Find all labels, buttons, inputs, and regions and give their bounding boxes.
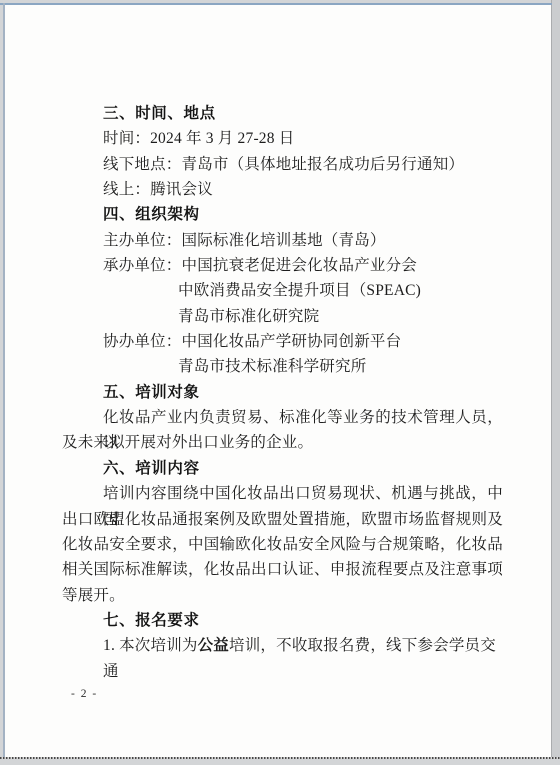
section-heading-audience: 五、培训对象 (62, 380, 503, 405)
audience-paragraph-line-2: 及未来拟开展对外出口业务的企业。 (62, 430, 503, 455)
page-break-dotted-line (0, 757, 560, 759)
content-paragraph-line-2: 出口欧盟化妆品通报案例及欧盟处置措施，欧盟市场监督规则及 (62, 507, 503, 532)
line-co-organizer-unit-2: 青岛市技术标准科学研究所 (62, 354, 503, 379)
content-paragraph-line-4: 相关国际标准解读，化妆品出口认证、申报流程要点及注意事项 (62, 557, 503, 582)
line-online-location: 线上：腾讯会议 (62, 177, 503, 202)
line-undertaker-unit-2: 中欧消费品安全提升项目（SPEAC) (62, 278, 503, 303)
right-page-gutter (551, 0, 560, 765)
line-undertaker-unit: 承办单位：中国抗衰老促进会化妆品产业分会 (62, 253, 503, 278)
section-heading-time-location: 三、时间、地点 (62, 101, 503, 126)
line-undertaker-unit-3: 青岛市标准化研究院 (62, 304, 503, 329)
audience-paragraph-line-1: 化妆品产业内负责贸易、标准化等业务的技术管理人员，以 (62, 405, 503, 430)
section-heading-training-content: 六、培训内容 (62, 456, 503, 481)
content-paragraph-line-1: 培训内容围绕中国化妆品出口贸易现状、机遇与挑战，中国 (62, 481, 503, 506)
page-bottom-edge (0, 757, 560, 765)
pane-top-border (0, 3, 552, 5)
page-number: - 2 - (71, 688, 98, 700)
pane-left-border (3, 3, 5, 757)
line-offline-location: 线下地点：青岛市（具体地址报名成功后另行通知） (62, 152, 503, 177)
enrollment-item-1-prefix: 1. 本次培训为 (103, 637, 198, 654)
enrollment-item-1: 1. 本次培训为公益培训，不收取报名费，线下参会学员交通 (62, 633, 503, 658)
line-time: 时间：2024 年 3 月 27-28 日 (62, 126, 503, 151)
line-host-unit: 主办单位：国际标准化培训基地（青岛） (62, 228, 503, 253)
section-heading-enrollment: 七、报名要求 (62, 608, 503, 633)
document-viewer: 三、时间、地点 时间：2024 年 3 月 27-28 日 线下地点：青岛市（具… (0, 0, 560, 765)
line-co-organizer-unit: 协办单位：中国化妆品产学研协同创新平台 (62, 329, 503, 354)
document-content: 三、时间、地点 时间：2024 年 3 月 27-28 日 线下地点：青岛市（具… (62, 101, 503, 659)
content-paragraph-line-3: 化妆品安全要求，中国输欧化妆品安全风险与合规策略，化妆品 (62, 532, 503, 557)
section-heading-organization: 四、组织架构 (62, 202, 503, 227)
enrollment-item-1-emphasis: 公益 (198, 637, 229, 654)
content-paragraph-line-5: 等展开。 (62, 583, 503, 608)
